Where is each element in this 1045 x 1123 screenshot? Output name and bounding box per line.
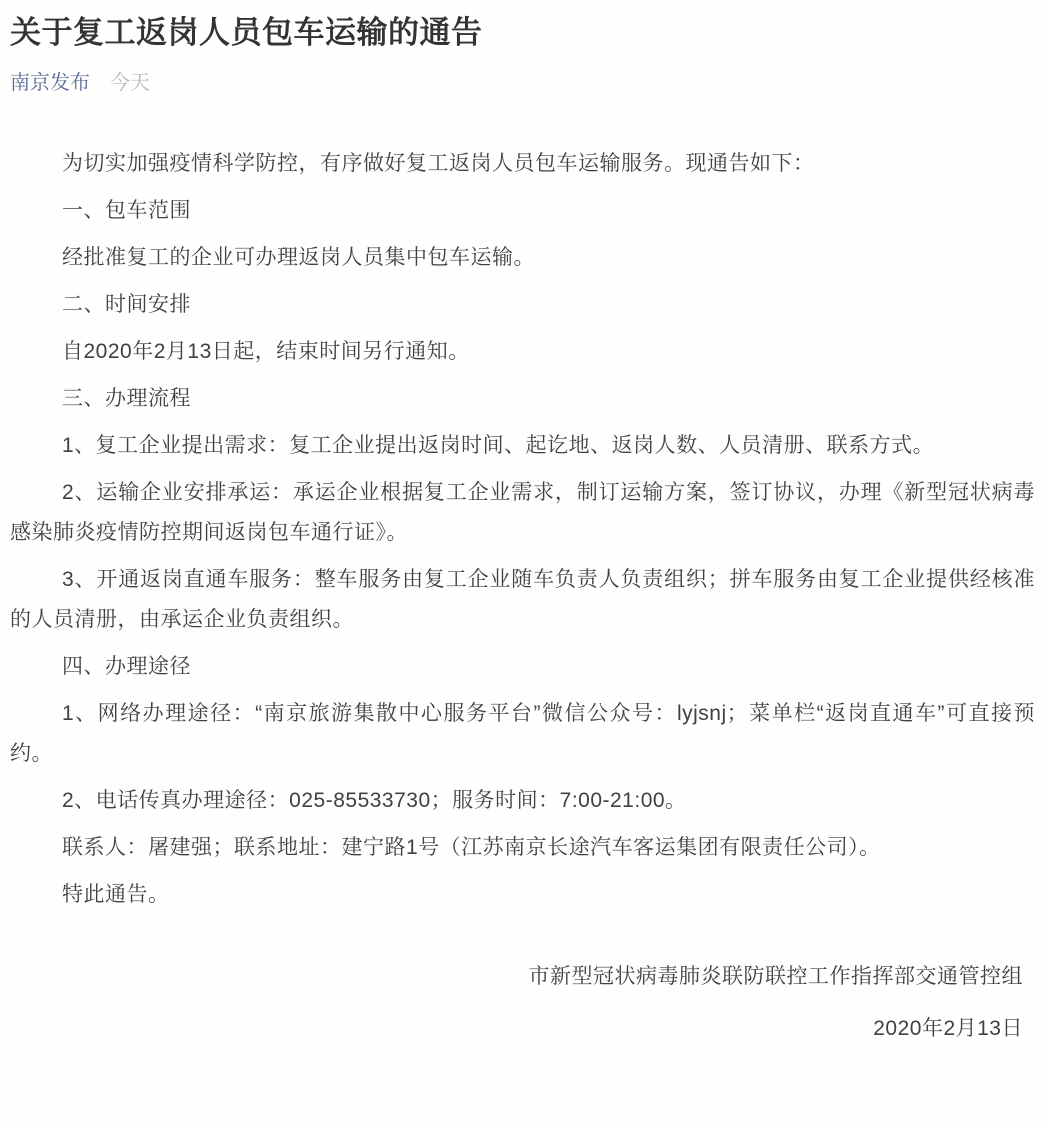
body-paragraph: 三、办理流程 — [10, 379, 1035, 419]
article-byline: 南京发布今天 — [10, 70, 1035, 96]
body-paragraph: 1、复工企业提出需求：复工企业提出返岗时间、起讫地、返岗人数、人员清册、联系方式… — [10, 426, 1035, 466]
article-page: 关于复工返岗人员包车运输的通告 南京发布今天 为切实加强疫情科学防控，有序做好复… — [0, 0, 1045, 1123]
body-paragraph: 一、包车范围 — [10, 191, 1035, 231]
body-paragraph: 特此通告。 — [10, 875, 1035, 915]
body-paragraph: 四、办理途径 — [10, 647, 1035, 687]
article-body: 为切实加强疫情科学防控，有序做好复工返岗人员包车运输服务。现通告如下：一、包车范… — [10, 144, 1035, 915]
article-title: 关于复工返岗人员包车运输的通告 — [10, 12, 1035, 54]
body-paragraph: 2、电话传真办理途径：025-85533730；服务时间：7:00-21:00。 — [10, 781, 1035, 821]
signature-block: 市新型冠状病毒肺炎联防联控工作指挥部交通管控组2020年2月13日 — [10, 951, 1035, 1055]
signature-line: 2020年2月13日 — [10, 1003, 1035, 1055]
body-paragraph: 2、运输企业安排承运：承运企业根据复工企业需求，制订运输方案，签订协议，办理《新… — [10, 473, 1035, 553]
publish-date: 今天 — [110, 72, 150, 94]
body-paragraph: 为切实加强疫情科学防控，有序做好复工返岗人员包车运输服务。现通告如下： — [10, 144, 1035, 184]
body-paragraph: 经批准复工的企业可办理返岗人员集中包车运输。 — [10, 238, 1035, 278]
author-link[interactable]: 南京发布 — [10, 72, 90, 94]
body-paragraph: 联系人：屠建强；联系地址：建宁路1号（江苏南京长途汽车客运集团有限责任公司）。 — [10, 828, 1035, 868]
signature-line: 市新型冠状病毒肺炎联防联控工作指挥部交通管控组 — [10, 951, 1035, 1003]
body-paragraph: 1、网络办理途径：“南京旅游集散中心服务平台”微信公众号：lyjsnj；菜单栏“… — [10, 694, 1035, 774]
body-paragraph: 3、开通返岗直通车服务：整车服务由复工企业随车负责人负责组织；拼车服务由复工企业… — [10, 560, 1035, 640]
body-paragraph: 二、时间安排 — [10, 285, 1035, 325]
body-paragraph: 自2020年2月13日起，结束时间另行通知。 — [10, 332, 1035, 372]
